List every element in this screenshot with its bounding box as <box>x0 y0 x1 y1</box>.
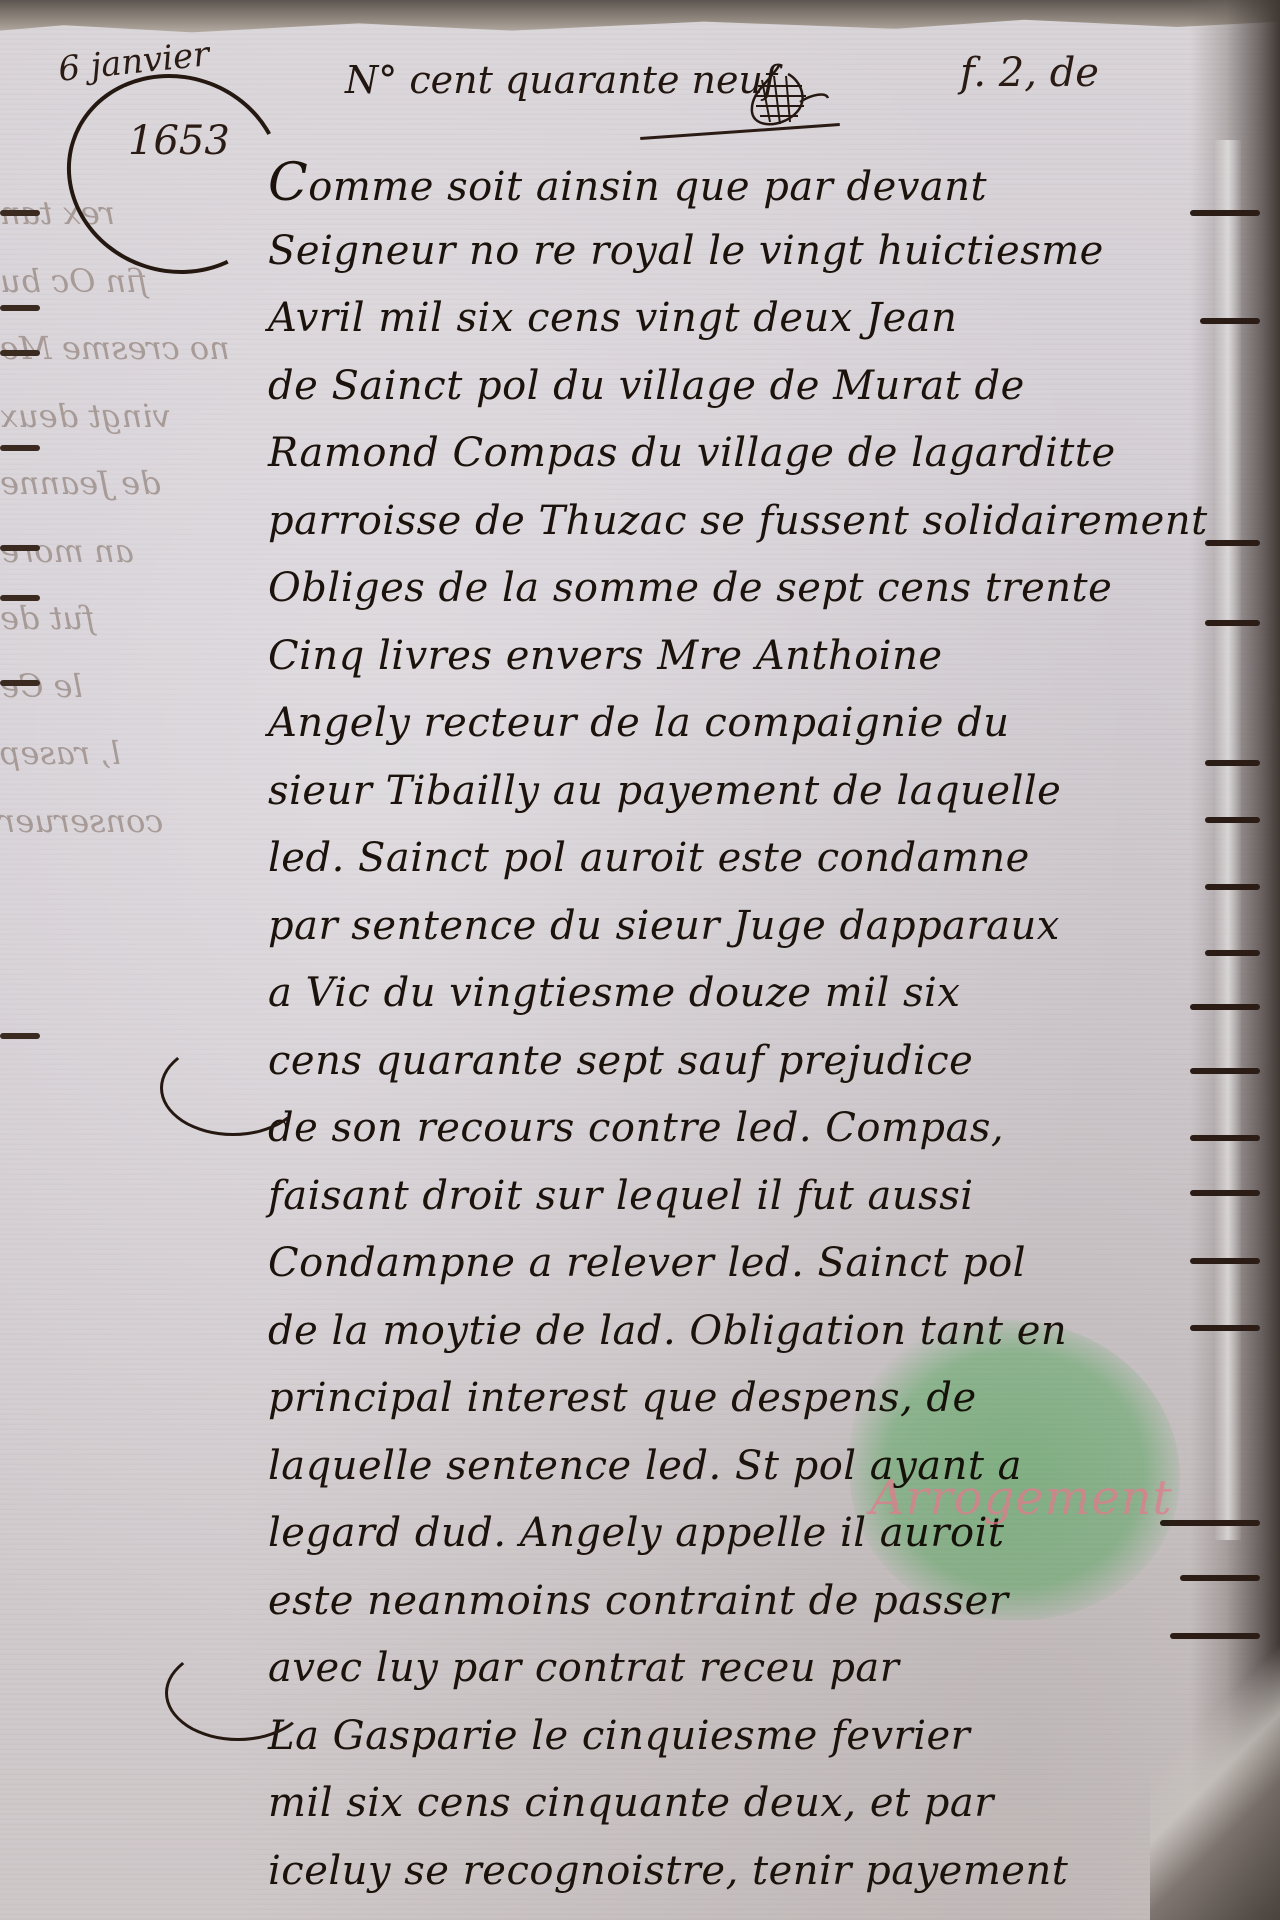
line-end-dash <box>1205 817 1260 823</box>
line-end-dash <box>1205 760 1260 766</box>
line-end-dash <box>1190 1325 1260 1331</box>
text-line: avec luy par contrat receu par <box>268 1635 1228 1703</box>
text-line: Comme soit ainsin que par devant <box>268 150 1228 218</box>
margin-tick <box>0 445 40 451</box>
line-end-dash <box>1205 620 1260 626</box>
notary-paraph-icon <box>740 62 830 132</box>
text-line: parroisse de Thuzac se fussent solidaire… <box>268 488 1228 556</box>
margin-note: f. 2, de <box>960 50 1099 96</box>
text-line: Angely recteur de la compaignie du <box>268 690 1228 758</box>
text-line: Avril mil six cens vingt deux Jean <box>268 285 1228 353</box>
stamp-watermark-text: Arrogement <box>870 1470 1173 1526</box>
text-line: de son recours contre led. Compas, <box>268 1095 1228 1163</box>
bleed-line: fut de <box>0 585 270 653</box>
margin-tick <box>0 1033 40 1039</box>
bleed-through-text: rex tan fin Oc bu no cresme Me vingt deu… <box>0 180 270 855</box>
line-end-dash <box>1205 884 1260 890</box>
line-end-dash <box>1190 1004 1260 1010</box>
line-end-dash <box>1170 1633 1260 1639</box>
bleed-line: le Ce <box>0 653 270 721</box>
line-end-dash <box>1205 540 1260 546</box>
margin-tick <box>0 305 40 311</box>
document-number: N° cent quarante neuf <box>345 58 777 102</box>
text-line: mil six cens cinquante deux, et par <box>268 1770 1228 1838</box>
line-end-dash <box>1190 1190 1260 1196</box>
line-end-dash <box>1180 1575 1260 1581</box>
margin-tick <box>0 680 40 686</box>
bleed-line: an more <box>0 518 270 586</box>
margin-tick <box>0 545 40 551</box>
line-end-dash <box>1190 1135 1260 1141</box>
bleed-line: l, rasep <box>0 720 270 788</box>
line-end-dash <box>1205 950 1260 956</box>
bleed-line: conseruer <box>0 788 270 856</box>
line-end-dash <box>1200 318 1260 324</box>
line-end-dash <box>1160 1520 1260 1526</box>
line-end-dash <box>1190 1258 1260 1264</box>
torn-top-edge <box>0 0 1280 36</box>
text-line: Ramond Compas du village de lagarditte <box>268 420 1228 488</box>
manuscript-body: Comme soit ainsin que par devant Seigneu… <box>268 150 1228 1905</box>
margin-tick <box>0 210 40 216</box>
text-line: Condampne a relever led. Sainct pol <box>268 1230 1228 1298</box>
bleed-line: no cresme Me <box>0 315 270 383</box>
text-line: Seigneur no re royal le vingt huictiesme <box>268 218 1228 286</box>
paragraph-flourish <box>165 1645 311 1741</box>
text-line: cens quarante sept sauf prejudice <box>268 1028 1228 1096</box>
text-line: de Sainct pol du village de Murat de <box>268 353 1228 421</box>
text-line: par sentence du sieur Juge dapparaux <box>268 893 1228 961</box>
line-end-dash <box>1190 210 1260 216</box>
margin-tick <box>0 350 40 356</box>
bleed-line: vingt deux <box>0 383 270 451</box>
text-line: iceluy se recognoistre, tenir payement <box>268 1838 1228 1906</box>
line-end-dash <box>1190 1068 1260 1074</box>
bleed-line: de Jeanne <box>0 450 270 518</box>
margin-tick <box>0 595 40 601</box>
text-line: La Gasparie le cinquiesme fevrier <box>268 1703 1228 1771</box>
paragraph-flourish <box>160 1040 306 1136</box>
year: 1653 <box>128 118 230 164</box>
manuscript-page: rex tan fin Oc bu no cresme Me vingt deu… <box>0 0 1280 1920</box>
text-line: a Vic du vingtiesme douze mil six <box>268 960 1228 1028</box>
text-line: faisant droit sur lequel il fut aussi <box>268 1163 1228 1231</box>
text-line: Obliges de la somme de sept cens trente <box>268 555 1228 623</box>
text-line: sieur Tibailly au payement de laquelle <box>268 758 1228 826</box>
text-line: Cinq livres envers Mre Anthoine <box>268 623 1228 691</box>
text-line: led. Sainct pol auroit este condamne <box>268 825 1228 893</box>
